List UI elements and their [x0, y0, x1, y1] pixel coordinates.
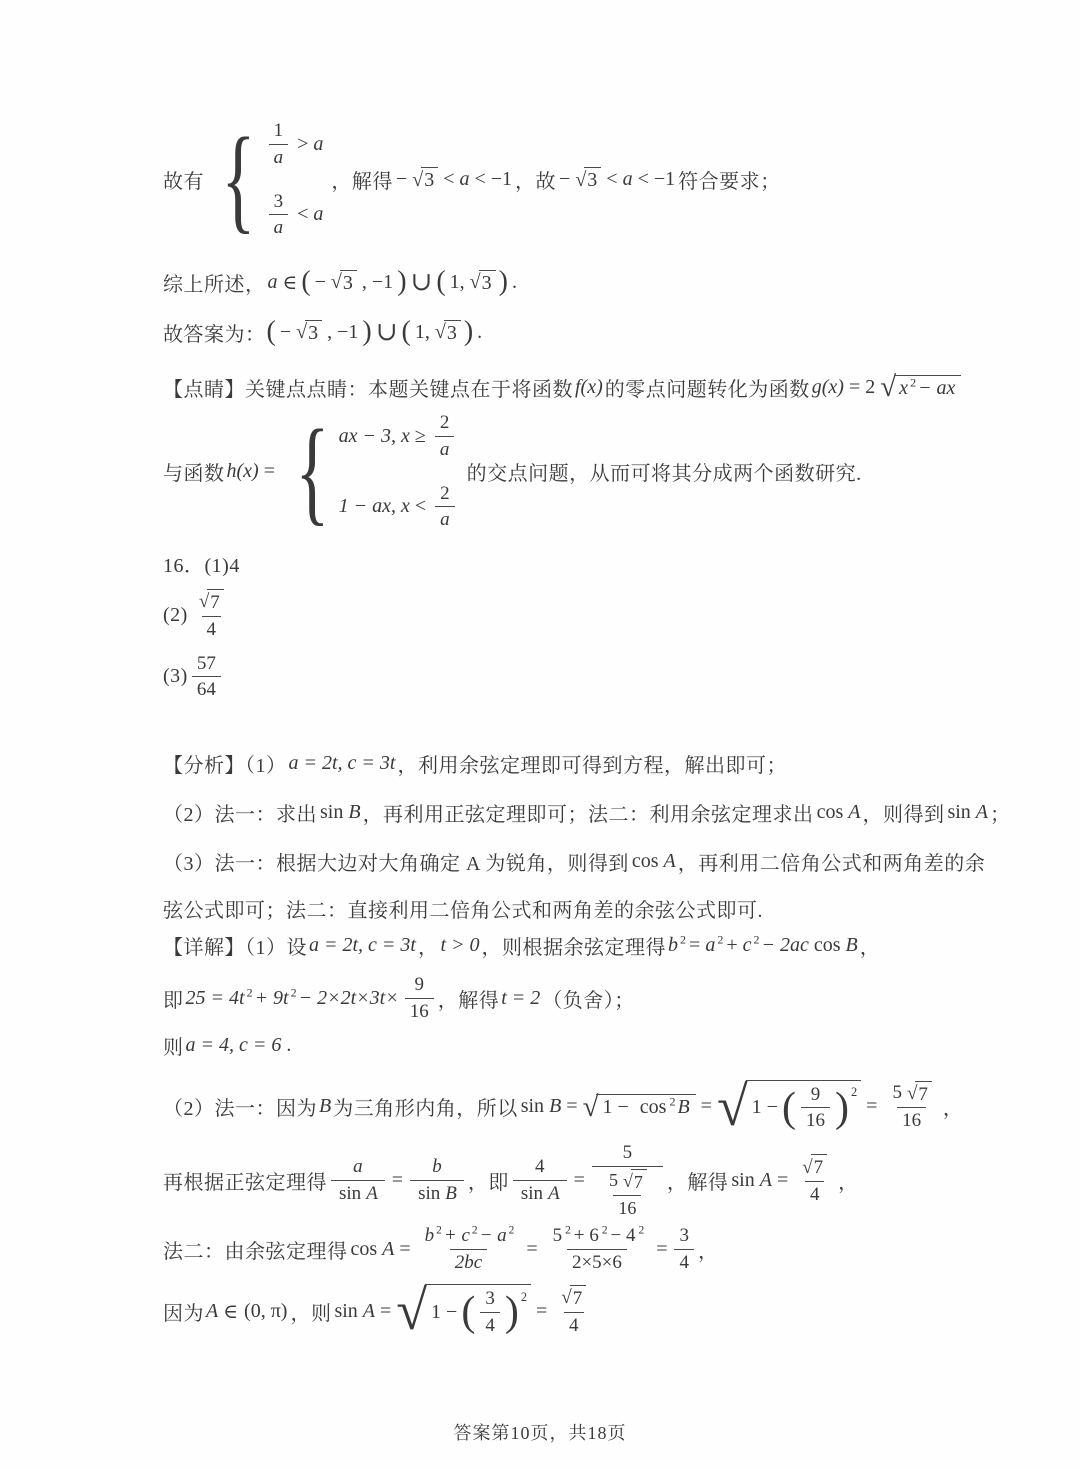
left-paren: ( [461, 1291, 475, 1333]
text-prefix: 【分析】（1） [163, 749, 287, 778]
plus-sign: + [726, 934, 737, 957]
sqrt-expr: √7 [907, 1081, 932, 1107]
variable: B [319, 1095, 331, 1118]
equals-sign: = [566, 1095, 577, 1118]
fraction: 916 [405, 972, 434, 1025]
denominator: 16 [897, 1107, 926, 1134]
func-name: sin [320, 801, 343, 824]
text-prefix: 故有 [163, 165, 204, 194]
fraction: 2a [433, 410, 457, 463]
period: . [286, 1034, 291, 1057]
radicand: 3 [305, 320, 322, 345]
expr: 1 − [431, 1301, 457, 1324]
math-tail: − ax [918, 377, 955, 399]
minus-sign: − [280, 321, 291, 344]
variable: b [668, 934, 678, 956]
fraction: 4sinA [513, 1154, 567, 1207]
numerator: 2 [435, 410, 455, 436]
relation-op: > [297, 133, 308, 156]
line-analysis-3b: 弦公式即可；法二：直接利用二倍角公式和两角差的余弦公式即可. [163, 894, 993, 923]
expr: 1 − [752, 1096, 778, 1119]
fraction: 5√716 [601, 1168, 654, 1221]
math-tail: < −1 [474, 168, 512, 191]
numerator: 4 [530, 1154, 550, 1180]
text-prefix: 【详解】（1）设 [163, 931, 307, 960]
line-answer-16-3: (3) 5764 [163, 651, 993, 704]
case-row: 3a < a [263, 189, 326, 242]
superscript: 2 [680, 932, 686, 946]
text-mid: ，即 [468, 1166, 509, 1195]
expr: + 9t [255, 987, 289, 1009]
case-expr: 1 − ax, x [339, 495, 410, 518]
superscript: 2 [247, 985, 253, 999]
case-row: 1a > a [263, 118, 326, 171]
numerator: 3 [480, 1286, 500, 1312]
radicand: 1 −(34)2 [425, 1284, 531, 1339]
superscript: 2 [509, 1225, 515, 1237]
line-method2-cosA: 法二：由余弦定理得 cosA = b2+ c2− a2 2bc = 52+ 62… [163, 1223, 993, 1276]
denominator: 16 [405, 998, 434, 1025]
relation-op: < [443, 168, 454, 191]
nested-fraction: 5 5√716 [592, 1140, 663, 1221]
numerator: 9 [409, 972, 429, 998]
denominator: 4 [805, 1181, 825, 1208]
superscript: 2 [639, 1225, 645, 1237]
numerator: b2+ c2− a2 [418, 1223, 520, 1249]
func-name: sin [521, 1183, 543, 1204]
line-detail-3: 则 a = 4, c = 6 . [163, 1031, 993, 1060]
line-analysis-3: （3）法一：根据大边对大角确定 A 为锐角，则得到 cosA ，再利用二倍角公式… [163, 847, 993, 876]
sqrt-expr: √7 [802, 1154, 827, 1180]
numerator: √7 [192, 588, 231, 616]
variable: A [848, 801, 860, 824]
right-paren: ) [835, 1087, 849, 1129]
radicand: 1 − cos2B [596, 1094, 695, 1119]
var-squared: b2 [666, 934, 686, 957]
func-name: cos [640, 1096, 667, 1118]
interval-tail: , −1 [327, 321, 358, 344]
relation-op: ≥ [415, 425, 426, 448]
union-symbol: ∪ [411, 267, 433, 297]
superscript: 2 [291, 985, 297, 999]
text-mid: 的零点问题转化为函数 [605, 373, 810, 402]
func-name: sin [334, 1300, 357, 1323]
function-g: g(x) [812, 376, 844, 399]
numerator: 3 [674, 1223, 694, 1249]
math-run: a = 2t, c = 3t [289, 752, 396, 775]
text-mid: ，则得到 [862, 798, 944, 827]
equals-sign: = [380, 1300, 391, 1323]
equals-sign: = [866, 1095, 877, 1118]
comma: ， [860, 931, 881, 960]
text-prefix: 综上所述， [163, 268, 266, 297]
right-paren: ) [505, 1291, 519, 1333]
line-key-point: 【点睛】关键点点睛：本题关键点在于将函数 f(x) 的零点问题转化为函数 g(x… [163, 373, 993, 402]
fraction: 34 [674, 1223, 694, 1276]
numerator-run: b2+ c2− a2 [423, 1225, 515, 1246]
text-prefix: （2）法一：因为 [163, 1092, 317, 1121]
denominator: sinB [410, 1180, 464, 1207]
text-mid: ，解得 [667, 1166, 729, 1195]
variable: x [899, 377, 908, 399]
fraction: √7 4 [192, 588, 231, 643]
sqrt-expr: √7 [561, 1285, 586, 1311]
radicand-run: 1 − cos2B [599, 1096, 691, 1119]
sqrt-expr: √3 [331, 270, 357, 295]
variable: B [846, 934, 858, 957]
variable: a [268, 271, 278, 294]
sqrt-expr: √3 [296, 320, 322, 345]
text-gu: ，故 [515, 165, 556, 194]
text-prefix: 故答案为： [163, 318, 266, 347]
text-prefix: 与函数 [163, 457, 225, 486]
text-mid: ，则 [290, 1297, 331, 1326]
numerator-run: 52+ 62− 42 [550, 1225, 645, 1246]
superscript: 2 [521, 1290, 527, 1305]
text-mid: ，解得 [438, 984, 500, 1013]
var-squared: c2 [741, 934, 760, 957]
function-h: h(x) [227, 460, 259, 483]
line-sinA-final: 因为 A ∈ (0, π) ，则 sinA = √1 −(34)2 = √74 [163, 1284, 993, 1339]
denominator: 64 [192, 676, 221, 703]
radicand: 3 [340, 270, 357, 295]
text-suffix: 符合要求； [678, 165, 781, 194]
superscript: 2 [754, 932, 760, 946]
radicand: 3 [584, 167, 601, 192]
func-name: sin [418, 1183, 440, 1204]
fraction: 5√7 16 [884, 1080, 938, 1135]
denominator: a [435, 436, 455, 463]
relation-op: < [606, 168, 617, 191]
case-expr: ax − 3, x [339, 425, 410, 448]
coef: 5 [892, 1082, 902, 1103]
fraction: 3a [267, 189, 291, 242]
case-row: 1 − ax, x < 2a [337, 481, 461, 534]
variable: B [677, 1096, 689, 1118]
minus-sign: − [396, 168, 407, 191]
func-name: sin [947, 801, 970, 824]
fraction: asinA [331, 1154, 385, 1207]
coef: 5 [609, 1170, 618, 1190]
variable: a [313, 133, 323, 156]
math-run: − 2ac [762, 934, 809, 957]
interval-head: 1, [450, 271, 465, 294]
denominator: a [269, 144, 289, 171]
line-analysis-2: （2）法一：求出 sinB ，再利用正弦定理即可；法二：利用余弦定理求出 cos… [163, 798, 993, 827]
expr: + 6 [574, 1225, 599, 1246]
left-brace: { [221, 133, 255, 225]
expr: 25 = 4t [186, 987, 245, 1009]
superscript: 2 [602, 1225, 608, 1237]
radicand: 3 [479, 270, 496, 295]
math-run: a = 2t, c = 3t [309, 934, 416, 957]
sqrt-expr: √1 −(916)2 [717, 1080, 861, 1135]
var-squared: a2 [703, 934, 723, 957]
numerator: 1 [269, 118, 289, 144]
text-prefix: 法二：由余弦定理得 [163, 1235, 348, 1264]
variable: B [348, 801, 360, 824]
text-prefix: 再根据正弦定理得 [163, 1166, 327, 1195]
fraction: 1a [267, 118, 291, 171]
equals-sign: = [777, 1169, 788, 1192]
comma: ， [418, 931, 439, 960]
superscript: 2 [910, 375, 916, 389]
numerator: 5√7 [884, 1080, 938, 1108]
superscript: 2 [472, 1225, 478, 1237]
left-paren: ( [782, 1087, 796, 1129]
text-prefix: （3）法一：根据大边对大角确定 A 为锐角，则得到 [163, 847, 629, 876]
equals-sign: = [536, 1300, 547, 1323]
denominator: 4 [564, 1312, 584, 1339]
line-detail-1: 【详解】（1）设 a = 2t, c = 3t ， t > 0 ，则根据余弦定理… [163, 931, 993, 960]
variable: B [445, 1183, 457, 1204]
func-name: sin [339, 1183, 361, 1204]
numerator: 57 [192, 651, 221, 677]
denominator: 16 [613, 1195, 641, 1221]
text-prefix: 则 [163, 1031, 184, 1060]
line-case-system: 故有 { 1a > a 3a < a ，解得 −√3 <a< −1 ，故 −√3… [163, 118, 993, 241]
comma: ， [838, 1166, 859, 1195]
text: 弦公式即可；法二：直接利用二倍角公式和两角差的余弦公式即可. [163, 900, 763, 922]
fraction: b2+ c2− a2 2bc [418, 1223, 520, 1276]
fraction: 916 [801, 1082, 830, 1135]
line-detail-2: 即 25 = 4t2+ 9t2− 2×2t×3t× 916 ，解得 t = 2 … [163, 972, 993, 1025]
radicand: 7 [631, 1169, 647, 1194]
element-of-symbol: ∈ [223, 1299, 238, 1324]
left-paren: ( [402, 318, 411, 346]
radicand-run: x2− ax [897, 377, 957, 400]
sqrt-expr: √7 [623, 1169, 647, 1194]
relation-op: < [297, 203, 308, 226]
sqrt-expr: √1 − cos2B [583, 1094, 696, 1120]
fraction: 52+ 62− 42 2×5×6 [545, 1223, 650, 1276]
relation-op: < [415, 495, 426, 518]
right-paren: ) [397, 268, 406, 296]
denominator: 2×5×6 [567, 1249, 627, 1276]
numerator: 3 [269, 189, 289, 215]
num: 5 [553, 1225, 563, 1246]
text-suffix: ，利用余弦定理即可得到方程，解出即可； [397, 749, 787, 778]
math-tail: < −1 [638, 168, 676, 191]
radicand: x2− ax [894, 375, 961, 400]
superscript: 2 [717, 932, 723, 946]
text-mid: ，则根据余弦定理得 [482, 931, 667, 960]
comma: ， [698, 1235, 719, 1264]
variable: b [425, 1225, 435, 1246]
numerator: 52+ 62− 42 [545, 1223, 650, 1249]
sqrt-expr: √1 −(34)2 [396, 1284, 531, 1339]
superscript: 2 [669, 1095, 675, 1109]
numerator: 5√7 [601, 1168, 654, 1195]
text-suffix: 的交点问题，从而可将其分成两个函数研究. [467, 457, 862, 486]
piecewise-cases: { ax − 3, x ≥ 2a 1 − ax, x < 2a [284, 410, 461, 533]
math-run: a = 4, c = 6 [186, 1034, 282, 1057]
expr: + c [444, 1225, 470, 1246]
line-sine-rule: 再根据正弦定理得 asinA = bsinB ，即 4sinA = 5 5√71… [163, 1140, 993, 1221]
variable: A [363, 1300, 375, 1323]
comma: ， [943, 1092, 964, 1121]
denominator: 16 [801, 1107, 830, 1134]
function-f: f(x) [575, 376, 603, 399]
equals-sign: = [526, 1238, 537, 1261]
equals-sign: = [264, 460, 275, 483]
func-name: cos [817, 801, 844, 824]
text-prefix: （2）法一：求出 [163, 798, 317, 827]
sqrt-expr: √3 [470, 270, 496, 295]
radicand: 7 [207, 589, 224, 615]
radicand: 1 −(916)2 [746, 1080, 861, 1135]
variable: a [705, 934, 715, 956]
denominator: a [269, 214, 289, 241]
radicand: 3 [444, 320, 461, 345]
text-prefix: 即 [163, 984, 184, 1013]
radical-icon: √ [717, 1082, 748, 1132]
denominator: a [435, 506, 455, 533]
fraction: √74 [554, 1284, 593, 1339]
union-symbol: ∪ [376, 317, 398, 347]
expr: − a [480, 1225, 507, 1246]
line-method1-sinB: （2）法一：因为 B 为三角形内角，所以 sinB = √1 − cos2B =… [163, 1080, 993, 1135]
numerator: √7 [554, 1284, 593, 1312]
text-prefix: 因为 [163, 1297, 204, 1326]
page-content: 故有 { 1a > a 3a < a ，解得 −√3 <a< −1 ，故 −√3… [163, 118, 993, 1338]
variable: a [623, 168, 633, 191]
element-of-symbol: ∈ [283, 270, 298, 295]
period: . [477, 321, 482, 344]
variable: A [382, 1238, 394, 1261]
case-rows: ax − 3, x ≥ 2a 1 − ax, x < 2a [337, 410, 461, 533]
text-solve: ，解得 [331, 165, 393, 194]
variable: A [664, 850, 676, 873]
func-name: cos [632, 850, 659, 873]
sqrt-expr: √3 [575, 167, 601, 192]
answer-text: 16．(1)4 [163, 555, 240, 577]
numerator: √7 [795, 1153, 834, 1181]
text-mid: ，再利用正弦定理即可；法二：利用余弦定理求出 [363, 798, 814, 827]
variable: A [548, 1183, 560, 1204]
equals-sign: = [689, 934, 700, 957]
interval-tail: , −1 [362, 271, 393, 294]
right-paren: ) [362, 318, 371, 346]
equals-coef: = 2 [849, 376, 875, 399]
variable: a [459, 168, 469, 191]
page-footer: 答案第10页，共18页 [0, 1419, 1080, 1445]
variable: A [366, 1183, 378, 1204]
math-run: t = 2 [501, 987, 540, 1010]
radicand: 3 [421, 167, 438, 192]
superscript: 2 [565, 1225, 571, 1237]
line-final-answer: 故答案为： (−√3, −1) ∪ (1,√3). [163, 317, 993, 347]
radicand: 7 [915, 1081, 932, 1107]
radicand: 7 [570, 1285, 587, 1311]
minus-sign: − [559, 168, 570, 191]
denominator: 4 [480, 1312, 500, 1339]
radicand: 7 [811, 1154, 828, 1180]
case-row: ax − 3, x ≥ 2a [337, 410, 461, 463]
fraction: 2a [433, 481, 457, 534]
func-name: sin [521, 1095, 544, 1118]
fraction: √74 [795, 1153, 834, 1208]
numerator: a [348, 1154, 368, 1180]
equals-sign: = [399, 1238, 410, 1261]
expr: 1 − [602, 1096, 633, 1118]
fraction: bsinB [410, 1154, 464, 1207]
numerator: 2 [435, 481, 455, 507]
numerator: b [427, 1154, 447, 1180]
equals-sign: = [701, 1095, 712, 1118]
interval: (0, π) [244, 1300, 287, 1323]
line-analysis-1: 【分析】（1） a = 2t, c = 3t ，利用余弦定理即可得到方程，解出即… [163, 749, 993, 778]
sqrt-expr: √x2− ax [880, 374, 961, 400]
text-suffix: ； [990, 798, 1011, 827]
numerator: 5 [618, 1140, 638, 1166]
right-paren: ) [499, 268, 508, 296]
denominator: 5√716 [592, 1166, 663, 1222]
func-name: cos [351, 1238, 378, 1261]
equals-sign: = [656, 1238, 667, 1261]
sqrt-expr: √3 [435, 320, 461, 345]
left-paren: ( [436, 268, 445, 296]
variable: A [760, 1169, 772, 1192]
fraction: 34 [480, 1286, 500, 1339]
equals-sign: = [392, 1169, 403, 1192]
variable: a [313, 203, 323, 226]
denominator: 4 [674, 1249, 694, 1276]
math-run: t > 0 [440, 934, 479, 957]
left-paren: ( [267, 318, 276, 346]
denominator: 2bc [450, 1249, 487, 1276]
variable: A [976, 801, 988, 824]
line-hx-cases: 与函数 h(x) = { ax − 3, x ≥ 2a 1 − ax, x < … [163, 410, 993, 533]
text-suffix: （负舍）； [542, 984, 635, 1013]
text-suffix: ，再利用二倍角公式和两角差的余 [678, 847, 986, 876]
text-prefix: 【点睛】关键点点睛：本题关键点在于将函数 [163, 373, 573, 402]
variable: A [206, 1300, 218, 1323]
left-paren: ( [301, 268, 310, 296]
answer-sheet-page: 故有 { 1a > a 3a < a ，解得 −√3 <a< −1 ，故 −√3… [0, 0, 1080, 1469]
interval-head: 1, [415, 321, 430, 344]
left-brace: { [295, 425, 329, 517]
numerator: 9 [806, 1082, 826, 1108]
denominator: sinA [331, 1180, 385, 1207]
sqrt-expr: √7 [199, 589, 224, 615]
fraction: 5764 [192, 651, 221, 704]
answer-label: (3) [163, 665, 188, 688]
line-summary: 综上所述， a ∈ (−√3, −1) ∪ (1,√3). [163, 267, 993, 297]
superscript: 2 [436, 1225, 442, 1237]
period: . [512, 271, 517, 294]
variable: B [549, 1095, 561, 1118]
case-rows: 1a > a 3a < a [263, 118, 326, 241]
sqrt-expr: √3 [412, 167, 438, 192]
func-name: sin [731, 1169, 754, 1192]
variable: c [743, 934, 752, 956]
answer-label: (2) [163, 604, 188, 627]
denominator: 4 [202, 616, 222, 643]
superscript: 2 [851, 1085, 857, 1100]
line-answer-16-1: 16．(1)4 [163, 549, 993, 578]
minus-sign: − [315, 271, 326, 294]
equals-sign: = [574, 1169, 585, 1192]
radical-icon: √ [396, 1286, 427, 1336]
text-mid: 为三角形内角，所以 [333, 1092, 518, 1121]
math-run: 25 = 4t2+ 9t2− 2×2t×3t× [184, 987, 401, 1010]
line-answer-16-2: (2) √7 4 [163, 588, 993, 643]
right-paren: ) [464, 318, 473, 346]
denominator: sinA [513, 1180, 567, 1207]
expr: − 2×2t×3t× [299, 987, 399, 1009]
piecewise-cases: { 1a > a 3a < a [210, 118, 325, 241]
